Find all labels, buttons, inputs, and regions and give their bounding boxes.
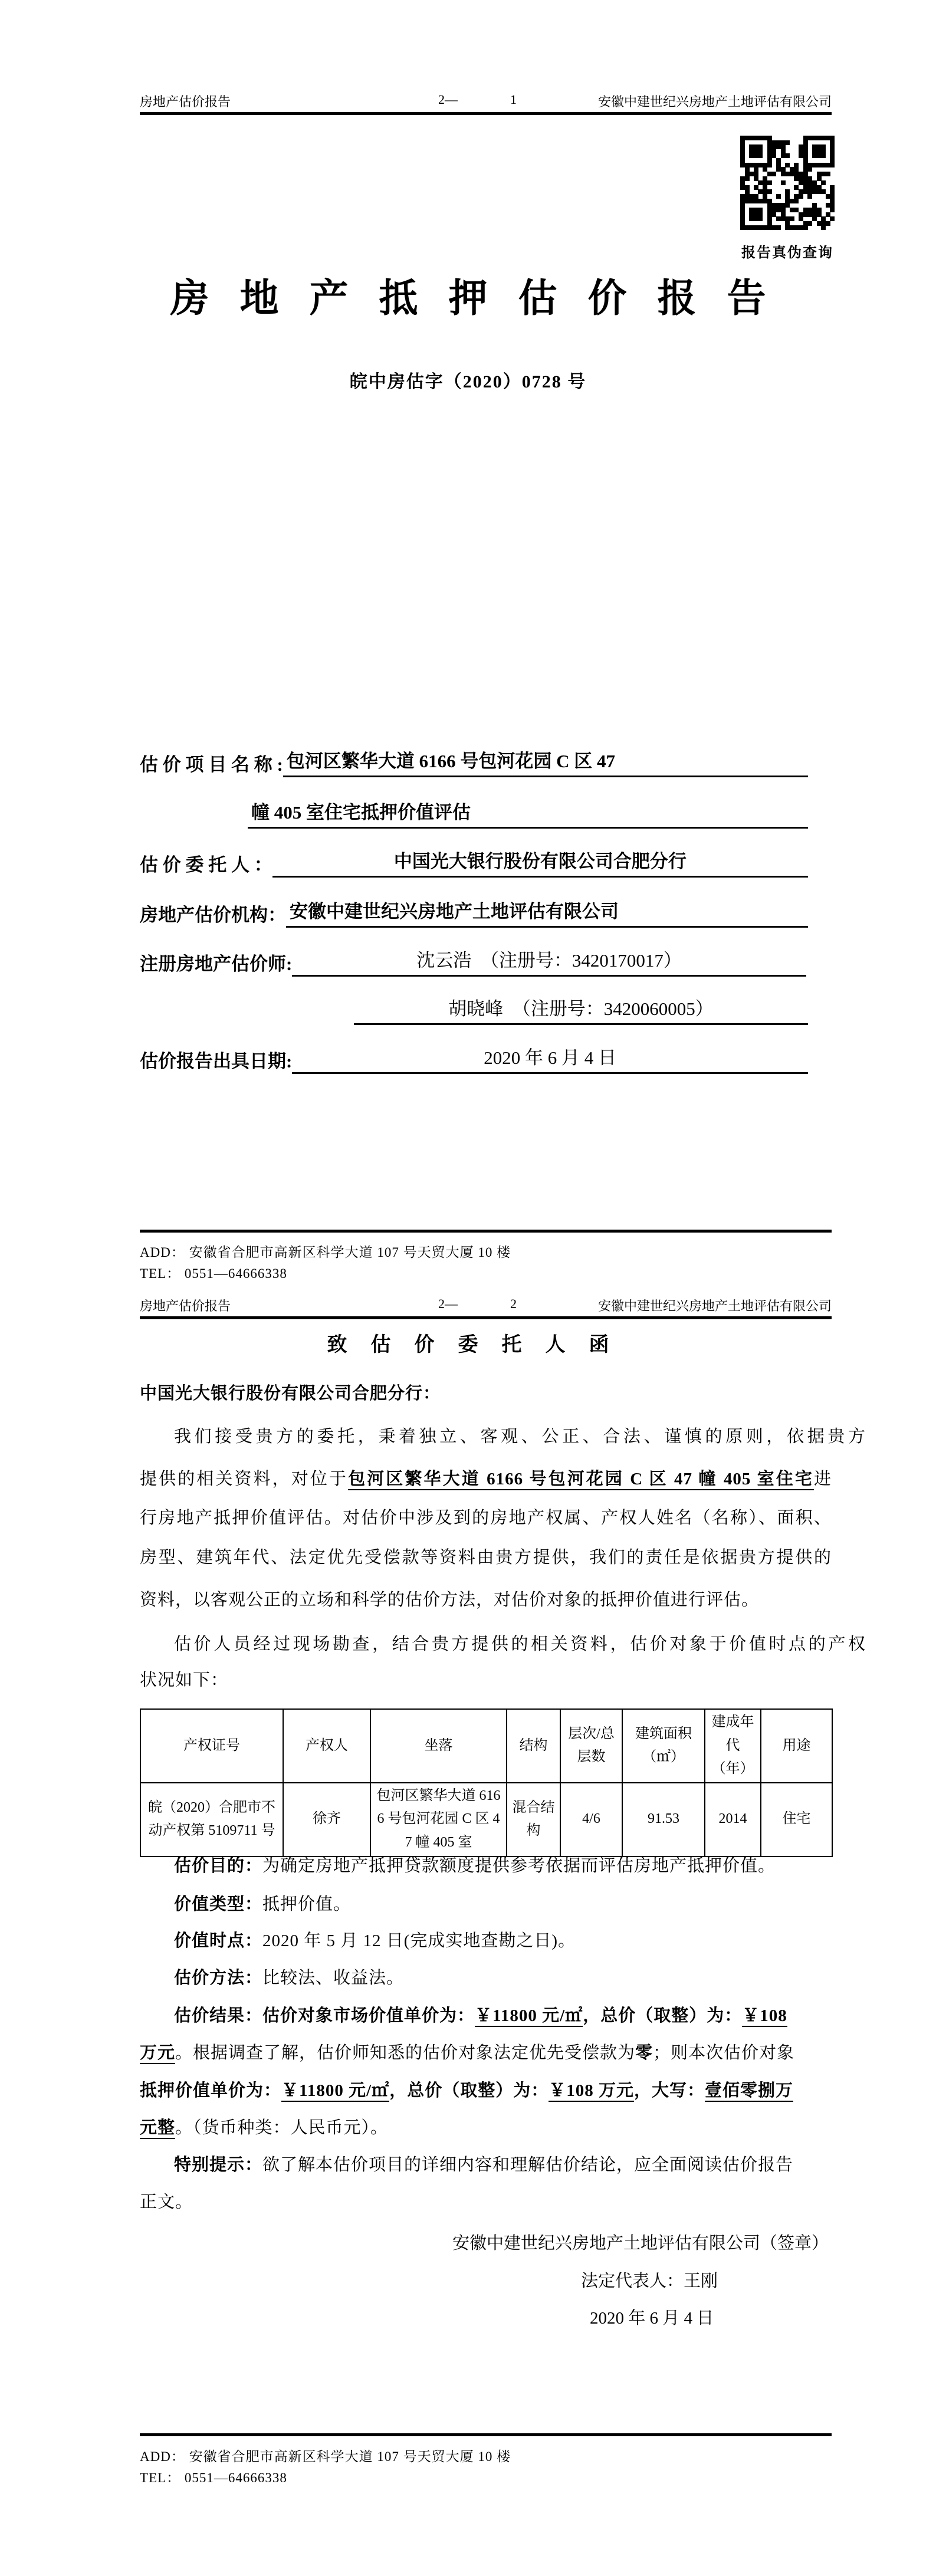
page1-footer-address: ADD： 安徽省合肥市高新区科学大道 107 号天贸大厦 10 楼	[140, 1241, 511, 1261]
result-unit-price: ￥11800 元/㎡	[475, 2006, 583, 2027]
header-rule	[140, 112, 832, 115]
page2-footer-address: ADD： 安徽省合肥市高新区科学大道 107 号天贸大厦 10 楼	[140, 2446, 511, 2465]
report-document: 房地产估价报告 2— 1 安徽中建世纪兴房地产土地评估有限公司 报告真伪查询 房…	[0, 0, 936, 2576]
col-header-location: 坐落	[370, 1709, 507, 1783]
report-number: 皖中房估字（2020）0728 号	[0, 367, 936, 393]
result-total-price-unit: 万元	[140, 2043, 175, 2064]
section-purpose-text: 为确定房地产抵押贷款额度提供参考依据而评估房地产抵押价值。	[262, 1857, 776, 1875]
price-in-words-end: 元整	[140, 2118, 175, 2139]
page2-header: 房地产估价报告 2— 2 安徽中建世纪兴房地产土地评估有限公司	[140, 1296, 832, 1314]
col-header-use: 用途	[761, 1709, 832, 1783]
result-text: 。根据调查了解，估价师知悉的估价对象法定优先受偿款为	[175, 2043, 635, 2062]
section-result-line2: 万元。根据调查了解，估价师知悉的估价对象法定优先受偿款为零；则本次估价对象	[140, 2042, 832, 2065]
table-header-row: 产权证号 产权人 坐落 结构 层次/总层数 建筑面积（㎡） 建成年代（年） 用途	[140, 1709, 832, 1783]
mortgage-total-price: ￥108 万元	[549, 2081, 634, 2102]
price-in-words: 壹佰零捌万	[705, 2081, 793, 2102]
header-page-total: 2—	[438, 92, 458, 107]
letter-title: 致估价委托人函	[0, 1328, 936, 1357]
header-doc-type: 房地产估价报告	[140, 92, 231, 110]
field-issue-date: 估价报告出具日期: 2020 年 6 月 4 日	[140, 1046, 808, 1074]
cell-structure: 混合结构	[507, 1783, 560, 1857]
paragraph-text: 进	[814, 1470, 832, 1489]
letter-paragraph-line: 我们接受贵方的委托，秉着独立、客观、公正、合法、谨慎的原则，依据贵方	[140, 1426, 866, 1448]
signature-date: 2020 年 6 月 4 日	[590, 2305, 714, 2329]
section-value-date-label: 价值时点：	[174, 1931, 262, 1950]
field-appraiser2-value: 胡晓峰 （注册号：3420060005）	[354, 997, 808, 1025]
letter-paragraph-line: 房型、建筑年代、法定优先受偿款等资料由贵方提供，我们的责任是依据贵方提供的	[140, 1547, 832, 1569]
header-company-name: 安徽中建世纪兴房地产土地评估有限公司	[598, 1296, 832, 1315]
result-total-price: ￥108	[742, 2006, 787, 2027]
section-method-text: 比较法、收益法。	[262, 1969, 404, 1987]
field-appraiser1-value: 沈云浩 （注册号：3420170017）	[292, 948, 806, 977]
letter-paragraph-line: 行房地产抵押价值评估。对估价中涉及到的房地产权属、产权人姓名（名称）、面积、	[140, 1507, 832, 1530]
letter-paragraph-line: 提供的相关资料，对位于包河区繁华大道 6166 号包河花园 C 区 47 幢 4…	[140, 1468, 832, 1491]
field-issue-date-label: 估价报告出具日期:	[140, 1049, 292, 1074]
result-text: 估价对象市场价值单价为：	[262, 2006, 475, 2025]
header-doc-type: 房地产估价报告	[140, 1296, 231, 1315]
cell-year: 2014	[705, 1783, 761, 1857]
result-zero-highlight: 零	[635, 2043, 653, 2062]
cell-cert-no: 皖（2020）合肥市不动产权第 5109711 号	[140, 1783, 283, 1857]
section-method-label: 估价方法：	[174, 1969, 262, 1987]
cell-owner: 徐齐	[283, 1783, 370, 1857]
field-client-value: 中国光大银行股份有限公司合肥分行	[272, 849, 808, 878]
section-notice-line2: 正文。	[140, 2191, 832, 2214]
section-value-date: 价值时点：2020 年 5 月 12 日(完成实地查勘之日)。	[140, 1930, 866, 1953]
header-page-number: 1	[510, 92, 517, 107]
field-appraisers-label: 注册房地产估价师:	[140, 952, 292, 977]
field-project-label: 估 价 项 目 名 称 :	[140, 753, 283, 777]
section-notice-text: 欲了解本估价项目的详细内容和理解估价结论，应全面阅读估价报告	[262, 2156, 793, 2174]
section-value-type-text: 抵押价值。	[262, 1895, 351, 1914]
letter-paragraph-line: 资料，以客观公正的立场和科学的估价方法，对估价对象的抵押价值进行评估。	[140, 1589, 832, 1612]
col-header-owner: 产权人	[283, 1709, 370, 1783]
cell-use: 住宅	[761, 1783, 832, 1857]
section-purpose-label: 估价目的：	[174, 1857, 262, 1875]
table-row: 皖（2020）合肥市不动产权第 5109711 号 徐齐 包河区繁华大道 616…	[140, 1783, 832, 1857]
report-title: 房地产抵押估价报告	[0, 267, 936, 323]
result-text: 抵押价值单价为：	[140, 2081, 281, 2100]
qr-caption: 报告真伪查询	[737, 241, 838, 261]
header-company-name: 安徽中建世纪兴房地产土地评估有限公司	[598, 92, 832, 110]
result-text: ，大写：	[634, 2081, 705, 2100]
page2-footer-tel: TEL： 0551—64666338	[140, 2467, 287, 2486]
section-result-label: 估价结果：	[174, 2006, 262, 2025]
col-header-year: 建成年代（年）	[705, 1709, 761, 1783]
field-project-name-line2: 幢 405 室住宅抵押价值评估	[248, 800, 808, 829]
letter-paragraph-line: 状况如下：	[140, 1670, 832, 1692]
field-agency: 房地产估价机构： 安徽中建世纪兴房地产土地评估有限公司	[140, 899, 808, 928]
letter-salutation: 中国光大银行股份有限公司合肥分行：	[140, 1383, 832, 1405]
page1-header: 房地产估价报告 2— 1 安徽中建世纪兴房地产土地评估有限公司	[140, 92, 832, 110]
signature-company: 安徽中建世纪兴房地产土地评估有限公司（签章）	[452, 2230, 829, 2254]
result-text: ；则本次估价对象	[653, 2043, 794, 2062]
cell-location: 包河区繁华大道 6166 号包河花园 C 区 47 幢 405 室	[370, 1783, 507, 1857]
field-client-label: 估 价 委 托 人 ：	[140, 853, 272, 878]
field-appraisers: 注册房地产估价师: 沈云浩 （注册号：3420170017）	[140, 948, 806, 977]
cell-floor: 4/6	[560, 1783, 622, 1857]
section-notice: 特别提示：欲了解本估价项目的详细内容和理解估价结论，应全面阅读估价报告	[140, 2154, 866, 2177]
field-appraiser2: 胡晓峰 （注册号：3420060005）	[354, 997, 808, 1025]
field-issue-date-value: 2020 年 6 月 4 日	[292, 1046, 808, 1074]
header-page-number: 2	[510, 1296, 517, 1312]
mortgage-unit-price: ￥11800 元/㎡	[281, 2081, 389, 2102]
header-page-total: 2—	[438, 1296, 458, 1312]
qr-code	[740, 136, 835, 230]
section-result-line4: 元整。（货币种类：人民币元）。	[140, 2117, 832, 2140]
letter-paragraph-line: 估价人员经过现场勘查，结合贵方提供的相关资料，估价对象于价值时点的产权	[140, 1634, 866, 1656]
paragraph-text: 提供的相关资料，对位于	[140, 1470, 348, 1489]
col-header-floor: 层次/总层数	[560, 1709, 622, 1783]
col-header-area: 建筑面积（㎡）	[622, 1709, 705, 1783]
result-text: 。（货币种类：人民币元）。	[175, 2118, 388, 2137]
cell-area: 91.53	[622, 1783, 705, 1857]
property-table: 产权证号 产权人 坐落 结构 层次/总层数 建筑面积（㎡） 建成年代（年） 用途…	[140, 1708, 833, 1857]
signature-legal-rep: 法定代表人：王刚	[581, 2268, 718, 2292]
col-header-cert-no: 产权证号	[140, 1709, 283, 1783]
field-project-value-line1: 包河区繁华大道 6166 号包河花园 C 区 47	[283, 749, 808, 777]
field-agency-label: 房地产估价机构：	[140, 903, 286, 928]
result-text: ，总价（取整）为：	[389, 2081, 549, 2100]
section-value-type: 价值类型：抵押价值。	[140, 1894, 866, 1916]
result-text: ，总价（取整）为：	[583, 2006, 742, 2025]
section-result-line3: 抵押价值单价为：￥11800 元/㎡，总价（取整）为：￥108 万元，大写：壹佰…	[140, 2080, 832, 2102]
field-project-value-line2: 幢 405 室住宅抵押价值评估	[248, 800, 808, 829]
section-purpose: 估价目的：为确定房地产抵押贷款额度提供参考依据而评估房地产抵押价值。	[140, 1855, 866, 1878]
section-method: 估价方法：比较法、收益法。	[140, 1967, 866, 1990]
field-agency-value: 安徽中建世纪兴房地产土地评估有限公司	[286, 899, 808, 928]
section-notice-label: 特别提示：	[174, 2156, 262, 2174]
page1-footer-rule	[140, 1230, 832, 1233]
col-header-structure: 结构	[507, 1709, 560, 1783]
subject-address-highlight: 包河区繁华大道 6166 号包河花园 C 区 47 幢 405 室住宅	[348, 1470, 814, 1490]
field-project-name: 估 价 项 目 名 称 : 包河区繁华大道 6166 号包河花园 C 区 47	[140, 749, 808, 777]
page1-footer-tel: TEL： 0551—64666338	[140, 1263, 287, 1282]
field-client: 估 价 委 托 人 ： 中国光大银行股份有限公司合肥分行	[140, 849, 808, 878]
section-value-date-text: 2020 年 5 月 12 日(完成实地查勘之日)。	[262, 1931, 576, 1950]
section-result-line1: 估价结果：估价对象市场价值单价为：￥11800 元/㎡，总价（取整）为：￥108	[140, 2005, 866, 2028]
page2-header-rule	[140, 1316, 832, 1319]
section-value-type-label: 价值类型：	[174, 1895, 262, 1914]
page2-footer-rule	[140, 2433, 832, 2436]
